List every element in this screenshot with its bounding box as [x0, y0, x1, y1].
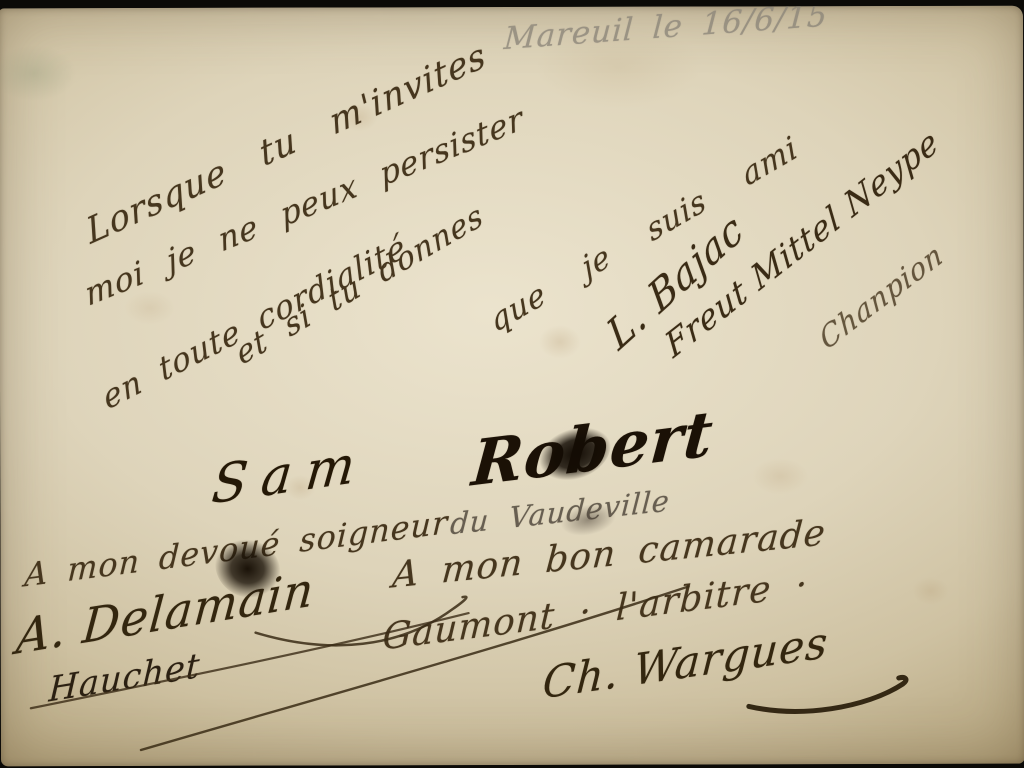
paper-card: Mareuil le 16/6/15 Lorsque tu m'invites … — [0, 6, 1024, 767]
signature-center-first: Sam — [209, 433, 372, 517]
signature-chanpion: Chanpion — [814, 236, 947, 357]
photo-background: Mareuil le 16/6/15 Lorsque tu m'invites … — [0, 0, 1024, 768]
date-inscription: Mareuil le 16/6/15 — [503, 6, 829, 57]
signature-center-last: Robert — [469, 396, 716, 501]
